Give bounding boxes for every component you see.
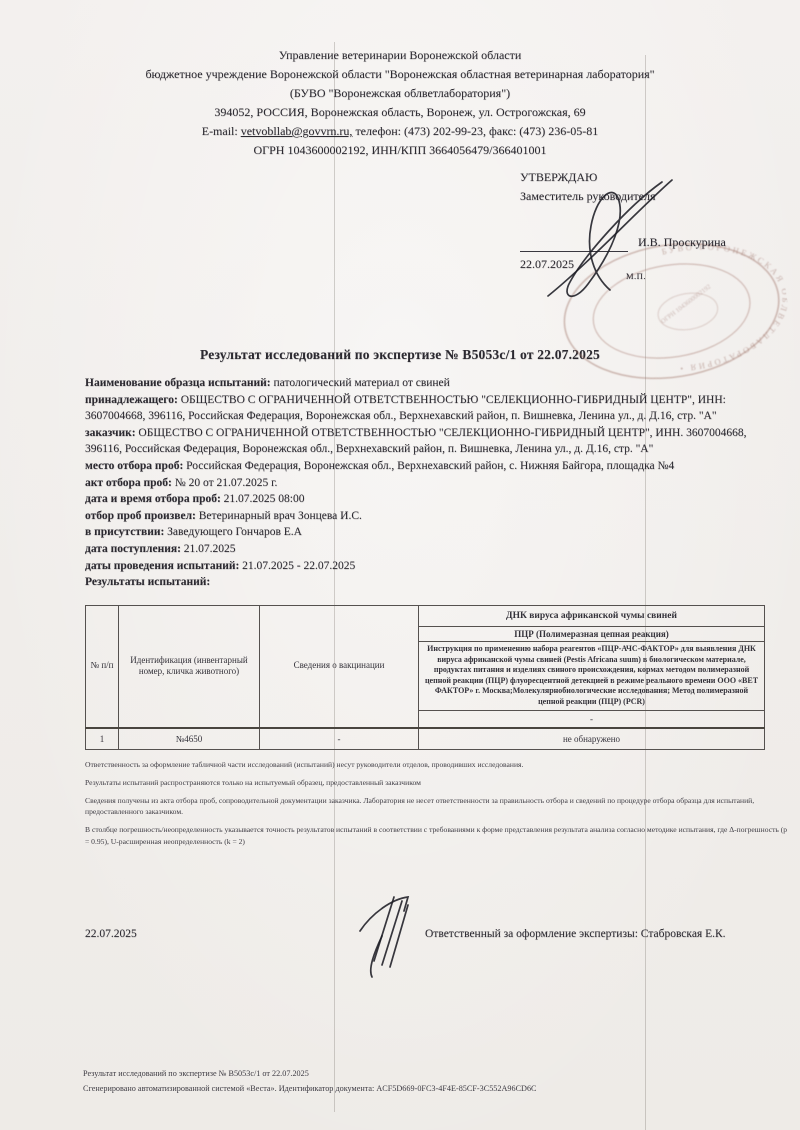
detail-label: место отбора проб: <box>85 460 183 472</box>
detail-label: дата и время отбора проб: <box>85 493 221 505</box>
email-label: E-mail: <box>202 124 238 138</box>
detail-value: Ветеринарный врач Зонцева И.С. <box>199 510 362 522</box>
org-contacts: E-mail: vetvobllab@govvrn.ru, телефон: (… <box>40 122 760 141</box>
detail-value: № 20 от 21.07.2025 г. <box>175 477 278 489</box>
table-header-row: № п/п Идентификация (инвентарный номер, … <box>86 605 765 626</box>
table-row: 1 №4650 - не обнаружено <box>86 728 765 750</box>
detail-label: заказчик: <box>85 427 136 439</box>
cell-identification: №4650 <box>119 728 260 750</box>
footnote-item: В столбце погрешность/неопределенность у… <box>85 824 791 847</box>
detail-label: Наименование образца испытаний: <box>85 377 271 389</box>
detail-value: ОБЩЕСТВО С ОГРАНИЧЕННОЙ ОТВЕТСТВЕННОСТЬЮ… <box>85 427 746 456</box>
approver-signature <box>540 176 680 304</box>
results-heading: Результаты испытаний: <box>85 574 767 591</box>
detail-line-sampling-act: акт отбора проб: № 20 от 21.07.2025 г. <box>85 475 767 492</box>
col-header-method: ПЦР (Полимеразная цепная реакция) <box>419 626 765 641</box>
cell-vaccination: - <box>260 728 419 750</box>
footnote-item: Результаты испытаний распространяются то… <box>85 777 791 789</box>
col-header-number: № п/п <box>86 605 119 728</box>
detail-label: отбор проб произвел: <box>85 510 196 522</box>
detail-line-owner: принадлежащего: ОБЩЕСТВО С ОГРАНИЧЕННОЙ … <box>85 392 767 425</box>
detail-value: 21.07.2025 <box>184 543 236 555</box>
page-footer: Результат исследований по экспертизе № В… <box>83 1066 783 1096</box>
col-subheader-dash: - <box>419 710 765 728</box>
footer-reference: Результат исследований по экспертизе № В… <box>83 1066 783 1081</box>
detail-value: патологический материал от свиней <box>274 377 450 389</box>
detail-label: в присутствии: <box>85 526 164 538</box>
footnote-item: Ответственность за оформление табличной … <box>85 759 791 771</box>
seal-placeholder: М.П. <box>626 271 646 281</box>
detail-line-witness: в присутствии: Заведующего Гончаров Е.А <box>85 524 767 541</box>
org-name: бюджетное учреждение Воронежской области… <box>40 65 760 84</box>
org-registration: ОГРН 1043600002192, ИНН/КПП 3664056479/3… <box>40 141 760 160</box>
col-header-method-details: Инструкция по применению набора реагенто… <box>419 641 765 710</box>
detail-label: дата поступления: <box>85 543 181 555</box>
footnote-item: Сведения получены из акта отбора проб, с… <box>85 795 791 818</box>
detail-value: 21.07.2025 - 22.07.2025 <box>242 560 355 572</box>
col-header-analyte: ДНК вируса африканской чумы свиней <box>419 605 765 626</box>
org-address: 394052, РОССИЯ, Воронежская область, Вор… <box>40 103 760 122</box>
signing-date: 22.07.2025 <box>85 928 137 940</box>
detail-value: 21.07.2025 08:00 <box>224 493 305 505</box>
org-header: Управление ветеринарии Воронежской облас… <box>40 46 760 160</box>
col-header-vaccination: Сведения о вакцинации <box>260 605 419 728</box>
detail-label: принадлежащего: <box>85 394 178 406</box>
org-short-name: (БУВО "Воронежская облветлаборатория") <box>40 84 760 103</box>
report-body: Наименование образца испытаний: патологи… <box>85 375 767 854</box>
detail-value: Российская Федерация, Воронежская обл., … <box>186 460 674 472</box>
page: { "colors": { "paper": "#f0edea", "ink":… <box>0 0 800 1130</box>
detail-label: акт отбора проб: <box>85 477 172 489</box>
cell-number: 1 <box>86 728 119 750</box>
footnotes: Ответственность за оформление табличной … <box>85 759 791 848</box>
col-header-identification: Идентификация (инвентарный номер, кличка… <box>119 605 260 728</box>
detail-line-received-date: дата поступления: 21.07.2025 <box>85 541 767 558</box>
org-authority: Управление ветеринарии Воронежской облас… <box>40 46 760 65</box>
detail-line-sampling-place: место отбора проб: Российская Федерация,… <box>85 458 767 475</box>
email-link[interactable]: vetvobllab@govvrn.ru, <box>241 124 353 138</box>
detail-value: Заведующего Гончаров Е.А <box>167 526 302 538</box>
responsible-line: Ответственный за оформление экспертизы: … <box>425 928 770 940</box>
detail-line-customer: заказчик: ОБЩЕСТВО С ОГРАНИЧЕННОЙ ОТВЕТС… <box>85 425 767 458</box>
specialist-signature <box>352 891 424 979</box>
detail-label: даты проведения испытаний: <box>85 560 239 572</box>
detail-line-test-dates: даты проведения испытаний: 21.07.2025 - … <box>85 558 767 575</box>
cell-result: не обнаружено <box>419 728 765 750</box>
detail-line-sampled-by: отбор проб произвел: Ветеринарный врач З… <box>85 508 767 525</box>
footer-generated: Сгенерировано автоматизированной системо… <box>83 1081 783 1096</box>
phone-fax: телефон: (473) 202-99-23, факс: (473) 23… <box>355 124 598 138</box>
results-table: № п/п Идентификация (инвентарный номер, … <box>85 605 765 750</box>
detail-line-sampling-datetime: дата и время отбора проб: 21.07.2025 08:… <box>85 491 767 508</box>
